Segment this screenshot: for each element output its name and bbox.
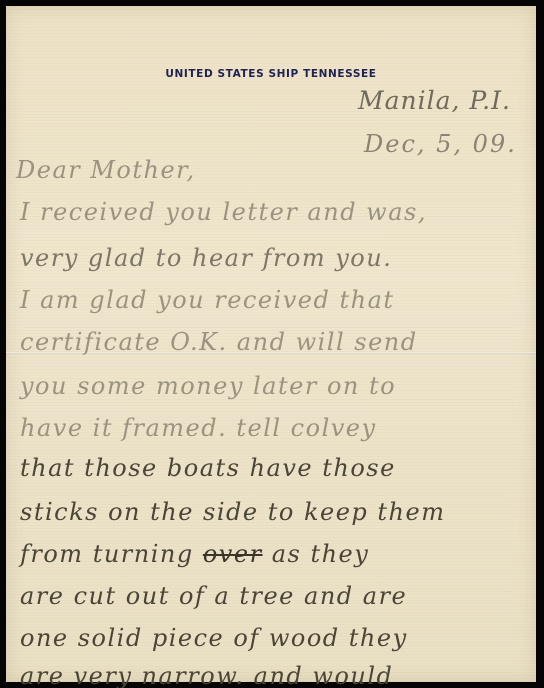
body-line: are cut out of a tree and are [20, 582, 407, 610]
struck-word: over [203, 540, 263, 568]
body-line-text: as they [272, 540, 370, 568]
body-line: one solid piece of wood they [20, 624, 408, 652]
body-line: I am glad you received that [20, 286, 395, 314]
body-line: have it framed. tell colvey [20, 414, 377, 442]
body-line: from turning over as they [20, 540, 369, 568]
body-line: I received you letter and was, [20, 198, 427, 226]
body-line: very glad to hear from you. [20, 244, 392, 272]
letter-date: Dec, 5, 09. [364, 130, 517, 158]
body-line: you some money later on to [20, 372, 396, 400]
body-line-text: from turning [20, 540, 194, 568]
letterhead: UNITED STATES SHIP TENNESSEE [6, 68, 536, 80]
body-line: sticks on the side to keep them [20, 498, 445, 526]
salutation: Dear Mother, [16, 156, 196, 184]
letter-page: UNITED STATES SHIP TENNESSEE Manila, P.I… [6, 6, 536, 682]
body-line: that those boats have those [20, 454, 396, 482]
body-line: certificate O.K. and will send [20, 328, 418, 356]
letter-place: Manila, P.I. [358, 86, 511, 115]
body-line: are very narrow. and would [20, 662, 393, 688]
